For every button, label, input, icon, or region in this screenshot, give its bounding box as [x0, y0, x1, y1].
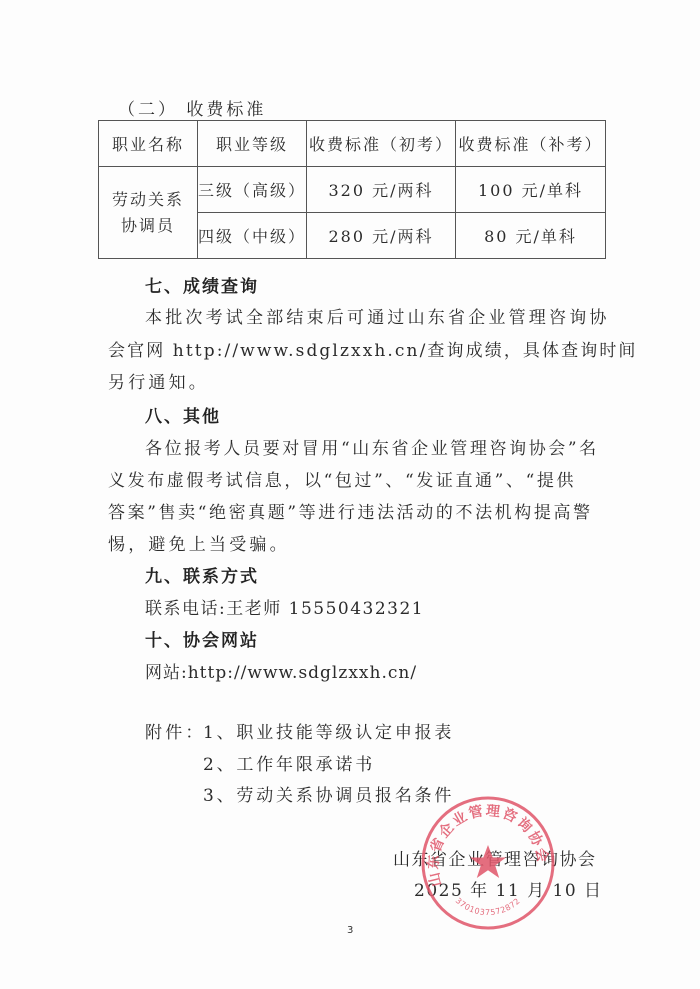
initial-fee-cell: 280 元/两科	[307, 213, 456, 259]
attachment-item-1: 1、职业技能等级认定申报表	[203, 718, 454, 743]
results-line-1: 本批次考试全部结束后可通过山东省企业管理咨询协	[145, 303, 610, 328]
attachment-item-2: 2、工作年限承诺书	[203, 750, 375, 775]
results-line-3: 另行通知。	[108, 368, 209, 393]
fee-section-title: （二） 收费标准	[118, 95, 266, 120]
level-cell: 三级（高级）	[198, 167, 307, 213]
signature-organization: 山东省企业管理咨询协会	[393, 845, 597, 870]
section-heading-contact: 九、联系方式	[145, 562, 259, 587]
header-occupation-level: 职业等级	[198, 121, 307, 167]
results-line-2: 会官网 http://www.sdglzxxh.cn/查询成绩，具体查询时间	[108, 336, 638, 361]
document-page: （二） 收费标准 职业名称 职业等级 收费标准（初考） 收费标准（补考） 劳动关…	[0, 0, 700, 989]
occupation-line-1: 劳动关系	[99, 187, 197, 213]
table-header-row: 职业名称 职业等级 收费标准（初考） 收费标准（补考）	[99, 121, 606, 167]
attachment-item-3: 3、劳动关系协调员报名条件	[203, 781, 454, 806]
retake-fee-cell: 100 元/单科	[456, 167, 606, 213]
occupation-line-2: 协调员	[99, 213, 197, 239]
section-heading-results: 七、成绩查询	[145, 272, 259, 297]
section-heading-website: 十、协会网站	[145, 626, 259, 651]
other-line-2: 义发布虚假考试信息，以“包过”、“发证直通”、“提供	[108, 466, 576, 491]
header-occupation-name: 职业名称	[99, 121, 198, 167]
other-line-1: 各位报考人员要对冒用“山东省企业管理咨询协会”名	[145, 434, 599, 459]
page-number: 3	[347, 925, 353, 936]
header-initial-fee: 收费标准（初考）	[307, 121, 456, 167]
website-url: 网站:http://www.sdglzxxh.cn/	[145, 658, 417, 683]
table-row: 劳动关系 协调员 三级（高级） 320 元/两科 100 元/单科	[99, 167, 606, 213]
contact-phone: 联系电话:王老师 15550432321	[145, 594, 424, 619]
signature-date: 2025 年 11 月 10 日	[414, 876, 603, 901]
fee-table: 职业名称 职业等级 收费标准（初考） 收费标准（补考） 劳动关系 协调员 三级（…	[98, 120, 606, 259]
attachments-label: 附件：	[145, 718, 206, 743]
retake-fee-cell: 80 元/单科	[456, 213, 606, 259]
occupation-cell: 劳动关系 协调员	[99, 167, 198, 259]
header-retake-fee: 收费标准（补考）	[456, 121, 606, 167]
section-heading-other: 八、其他	[145, 402, 221, 427]
other-line-4: 惕，避免上当受骗。	[108, 530, 290, 555]
other-line-3: 答案”售卖“绝密真题”等进行违法活动的不法机构提高警	[108, 498, 593, 523]
level-cell: 四级（中级）	[198, 213, 307, 259]
initial-fee-cell: 320 元/两科	[307, 167, 456, 213]
